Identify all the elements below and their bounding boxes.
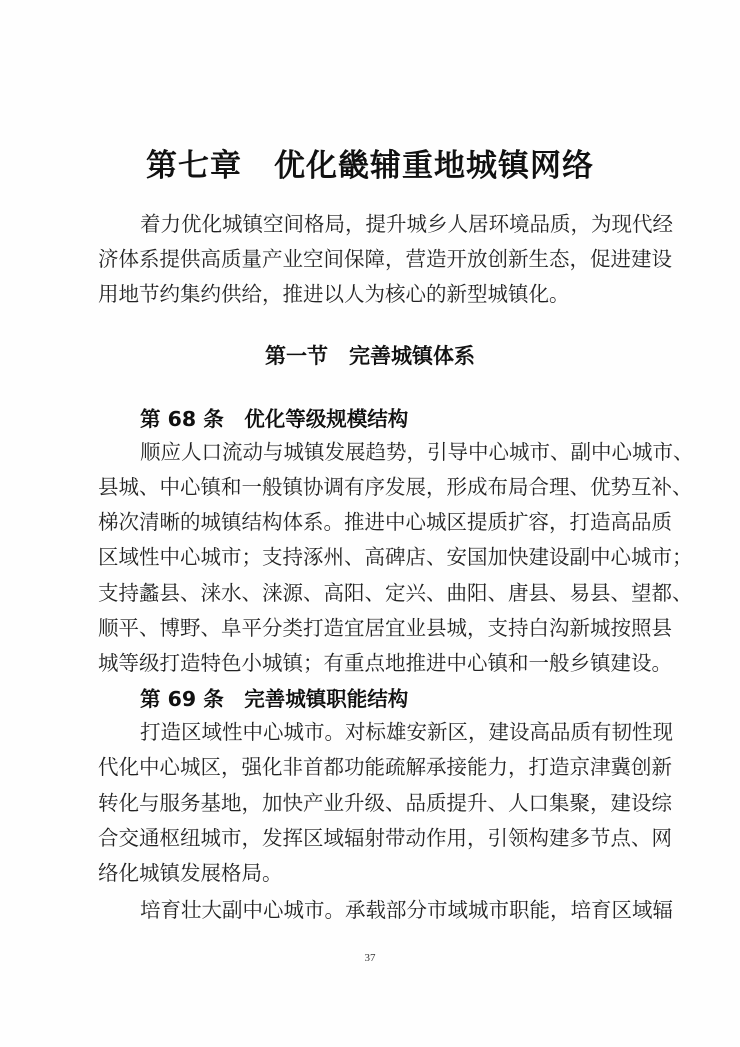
article-line: 区域性中心城市；支持涿州、高碑店、安国加快建设副中心城市； [98,540,654,575]
article-line: 合交通枢纽城市，发挥区域辐射带动作用，引领构建多节点、网 [98,821,654,856]
intro-line: 着力优化城镇空间格局，提升城乡人居环境品质，为现代经 [140,207,654,242]
article-line: 城等级打造特色小城镇；有重点地推进中心镇和一般乡镇建设。 [98,646,654,681]
article-line: 顺平、博野、阜平分类打造宜居宜业县城，支持白沟新城按照县 [98,611,654,646]
article-line: 代化中心城区，强化非首都功能疏解承接能力，打造京津冀创新 [98,750,654,785]
article-heading: 第 69 条 完善城镇职能结构 [140,682,408,712]
article-line: 培育壮大副中心城市。承载部分市域城市职能，培育区域辐 [140,893,654,928]
article-line: 支持蠡县、涞水、涞源、高阳、定兴、曲阳、唐县、易县、望都、 [98,576,654,611]
article-line: 打造区域性中心城市。对标雄安新区，建设高品质有韧性现 [140,715,654,750]
article-heading: 第 68 条 优化等级规模结构 [140,402,408,432]
document-page: 第七章 优化畿辅重地城镇网络 着力优化城镇空间格局，提升城乡人居环境品质，为现代… [0,0,740,1047]
article-line: 县城、中心镇和一般镇协调有序发展，形成布局合理、优势互补、 [98,470,654,505]
chapter-title: 第七章 优化畿辅重地城镇网络 [0,140,740,185]
page-number: 37 [0,952,740,964]
article-line: 梯次清晰的城镇结构体系。推进中心城区提质扩容，打造高品质 [98,505,654,540]
section-title: 第一节 完善城镇体系 [0,340,740,370]
article-line: 络化城镇发展格局。 [98,856,654,891]
article-line: 顺应人口流动与城镇发展趋势，引导中心城市、副中心城市、 [140,435,654,470]
article-line: 转化与服务基地，加快产业升级、品质提升、人口集聚，建设综 [98,786,654,821]
intro-line: 用地节约集约供给，推进以人为核心的新型城镇化。 [98,277,654,312]
intro-line: 济体系提供高质量产业空间保障，营造开放创新生态，促进建设 [98,242,654,277]
